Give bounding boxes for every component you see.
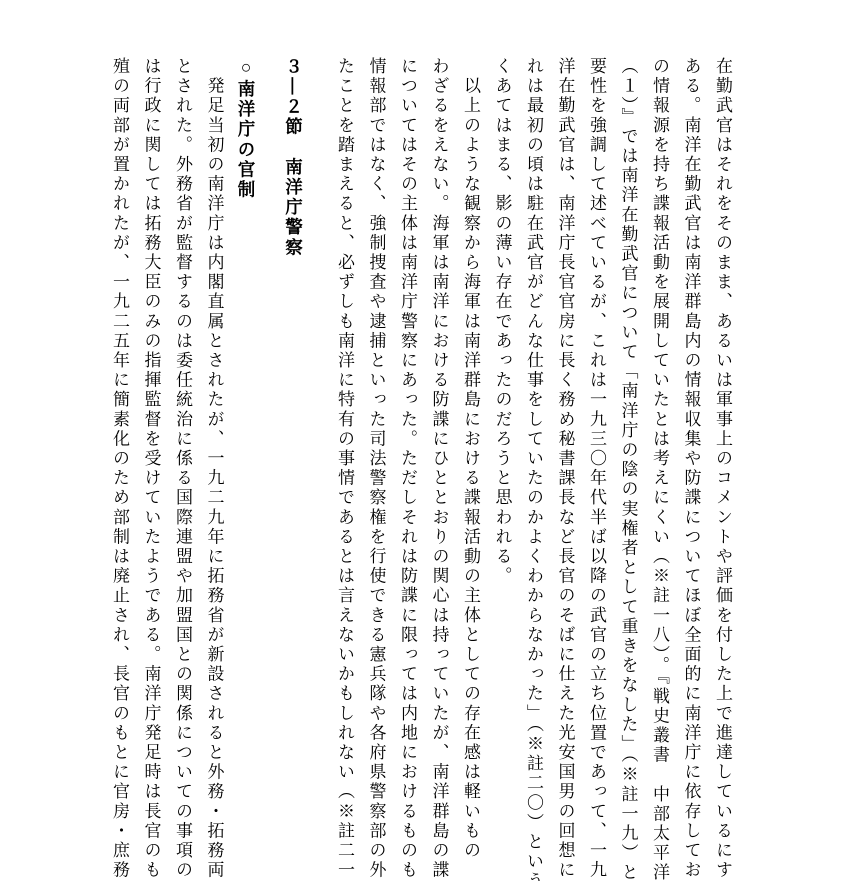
document-page: 在勤武官はそれをそのまま、あるいは軍事上のコメントや評価を付した上で進達している… bbox=[0, 0, 850, 881]
text-column: についてはその主体は南洋庁警察にあった。ただしそれは防諜に限っては内地におけるも… bbox=[392, 57, 424, 881]
text-column: わざるをえない。海軍は南洋における防諜にひととおりの関心は持っていたが、南洋群島… bbox=[423, 57, 455, 881]
text-column: 情報部ではなく、強制捜査や逮捕といった司法警察権を行使できる憲兵隊や各府県警察部… bbox=[360, 57, 392, 881]
text-column: れは最初の頃は駐在武官がどんな仕事をしていたのかよくわからなかった」（※註二〇）… bbox=[518, 57, 550, 881]
text-column: 要性を強調して述べているが、これは一九三〇年代半ば以降の武官の立ち位置であって、… bbox=[581, 57, 613, 881]
text-column: くあてはまる、影の薄い存在であったのだろうと思われる。 bbox=[486, 57, 518, 881]
text-column: は行政に関しては拓務大臣のみの指揮監督を受けていたようである。南洋庁発足時は長官… bbox=[135, 57, 167, 881]
text-column: ある。南洋在勤武官は南洋群島内の情報収集や防諜についてほぼ全面的に南洋庁に依存し… bbox=[675, 57, 707, 881]
text-column: とされた。外務省が監督するのは委任統治に係る国際連盟や加盟国との関係についての事… bbox=[167, 57, 199, 881]
text-column: （１）』では南洋在勤武官について「南洋庁の陰の実権者として重きをなした」（※註一… bbox=[612, 57, 644, 881]
text-column: の情報源を持ち諜報活動を展開していたとは考えにくい（※註一八）。『戦史叢書 中部… bbox=[644, 57, 676, 881]
text-column: 発足当初の南洋庁は内閣直属とされたが、一九二九年に拓務省が新設されると外務・拓務… bbox=[198, 57, 230, 881]
text-column: 殖の両部が置かれたが、一九二五年に簡素化のため部制は廃止され、長官のもとに官房・… bbox=[104, 57, 136, 881]
text-column: 在勤武官はそれをそのまま、あるいは軍事上のコメントや評価を付した上で進達している… bbox=[707, 57, 739, 881]
text-column: たことを踏まえると、必ずしも南洋に特有の事情であるとは言えないかもしれない（※註… bbox=[329, 57, 361, 881]
text-column: 洋在勤武官は、南洋庁長官官房に長く務め秘書課長など長官のそばに仕えた光安国男の回… bbox=[549, 57, 581, 881]
text-column: 以上のような観察から海軍は南洋群島における諜報活動の主体としての存在感は軽いもの bbox=[455, 57, 487, 881]
section-heading: ３―２節 南洋庁警察 bbox=[277, 57, 309, 881]
subsection-heading: ○南洋庁の官制 bbox=[230, 57, 262, 881]
